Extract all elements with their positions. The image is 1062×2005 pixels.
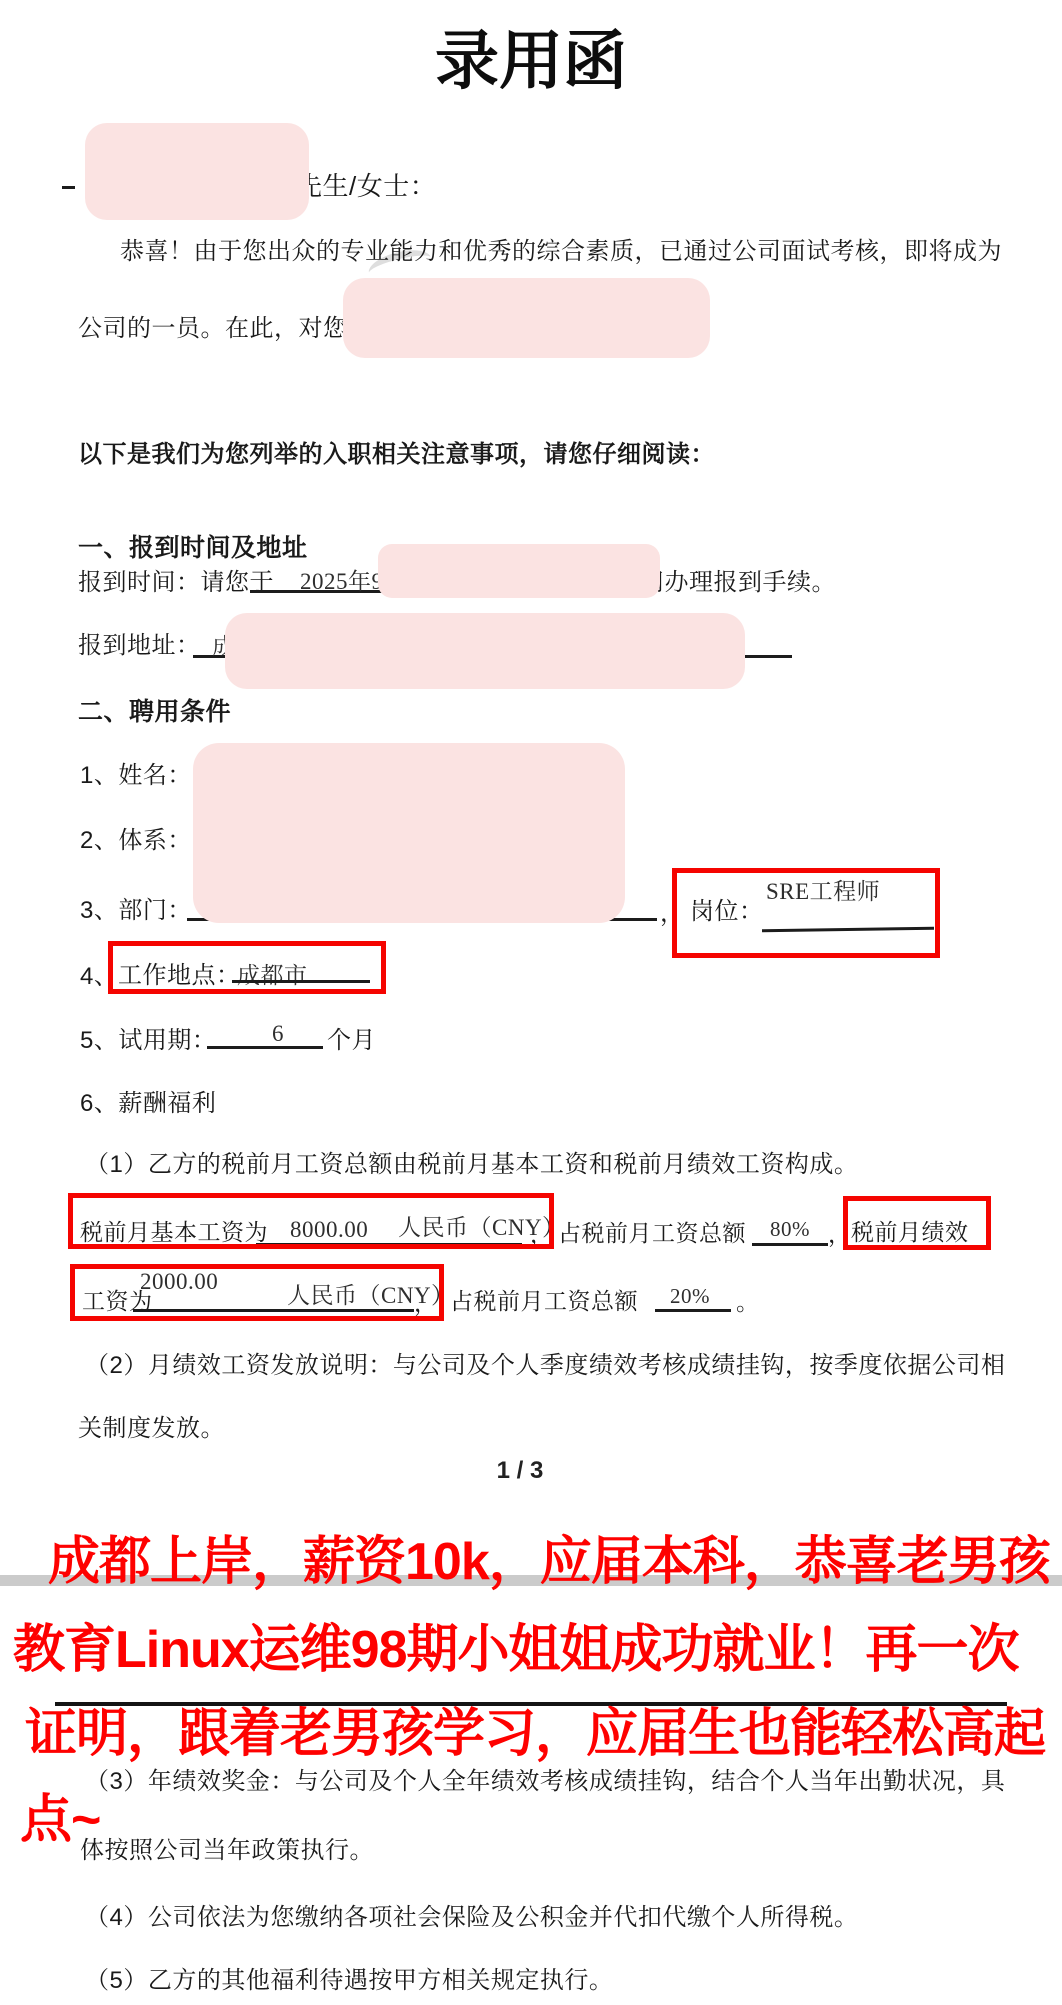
clause4-text: （4）公司依法为您缴纳各项社会保险及公积金并代扣代缴个人所得税。 [85, 1897, 858, 1932]
ratio-label-1: 占税前月工资总额 [558, 1215, 746, 1248]
promo-overlay-line3: 证明，跟着老男孩学习，应届生也能轻松高起 [25, 1691, 1045, 1766]
report-time-suffix: 门办理报到手续。 [640, 562, 836, 597]
base-ratio-underline [752, 1243, 828, 1246]
highlight-box-perf-salary [70, 1264, 444, 1321]
document-title: 录用函 [0, 10, 1062, 102]
highlight-box-perf-label [843, 1196, 991, 1250]
report-time-label: 报到时间：请您于 [78, 562, 274, 597]
probation-unit: 个月 [327, 1020, 376, 1055]
highlight-box-base-salary [68, 1193, 554, 1249]
ratio-label-2: 占税前月工资总额 [450, 1283, 638, 1316]
offer-letter-page: 录用函 先生/女士： 恭喜！由于您出众的专业能力和优秀的综合素质，已通过公司面试… [0, 0, 1062, 2005]
highlight-box-position [672, 868, 940, 958]
signature-underline-fragment [62, 186, 75, 189]
probation-value: 6 [272, 1021, 284, 1047]
promo-overlay-line4: 点~ [20, 1777, 100, 1852]
item2-label: 2、体系： [80, 820, 192, 855]
page-number: 1 / 3 [420, 1457, 620, 1485]
paragraph-line-1: 恭喜！由于您出众的专业能力和优秀的综合素质，已通过公司面试考核，即将成为 [120, 231, 1002, 266]
clause2-line2: 关制度发放。 [78, 1408, 225, 1443]
clause5-text: （5）乙方的其他福利待遇按甲方相关规定执行。 [85, 1960, 613, 1995]
section1-heading: 一、报到时间及地址 [78, 528, 308, 564]
promo-overlay-line1: 成都上岸，薪资10k，应届本科，恭喜老男孩 [48, 1519, 1050, 1594]
clause3-line2: 体按照公司当年政策执行。 [80, 1830, 374, 1865]
redaction-box-name [85, 123, 309, 220]
promo-overlay-line2: 教育Linux运维98期小姐姐成功就业！再一次 [13, 1607, 1019, 1682]
notice-intro: 以下是我们为您列举的入职相关注意事项，请您仔细阅读： [78, 434, 715, 469]
item5-label: 5、试用期： [80, 1020, 216, 1055]
item6-label: 6、薪酬福利 [80, 1083, 216, 1118]
period-1: 。 [736, 1284, 760, 1317]
greeting-suffix: 先生/女士： [296, 166, 436, 203]
clause3-line1: （3）年绩效奖金：与公司及个人全年绩效考核成绩挂钩，结合个人当年出勤状况，具 [85, 1761, 1005, 1796]
section2-heading: 二、聘用条件 [78, 692, 231, 728]
perf-ratio-underline [655, 1309, 731, 1312]
perf-ratio-value: 20% [670, 1284, 710, 1309]
clause1-text: （1）乙方的税前月工资总额由税前月基本工资和税前月绩效工资构成。 [85, 1144, 858, 1179]
probation-underline [207, 1046, 323, 1049]
clause2-line1: （2）月绩效工资发放说明：与公司及个人季度绩效考核成绩挂钩，按季度依据公司相 [85, 1345, 1005, 1380]
item1-label: 1、姓名： [80, 755, 192, 790]
paragraph-line-2: 公司的一员。在此，对您 [78, 308, 348, 343]
redaction-box-paragraph [343, 278, 710, 358]
item3-label: 3、部门： [80, 890, 192, 925]
report-time-value: 2025年9 [300, 563, 384, 596]
highlight-box-workplace [108, 941, 386, 994]
report-addr-label: 报到地址： [78, 625, 201, 660]
redaction-box-report-time [378, 544, 660, 598]
redaction-box-items [193, 743, 625, 923]
base-ratio-value: 80% [770, 1217, 810, 1242]
redaction-box-report-addr [225, 613, 745, 689]
